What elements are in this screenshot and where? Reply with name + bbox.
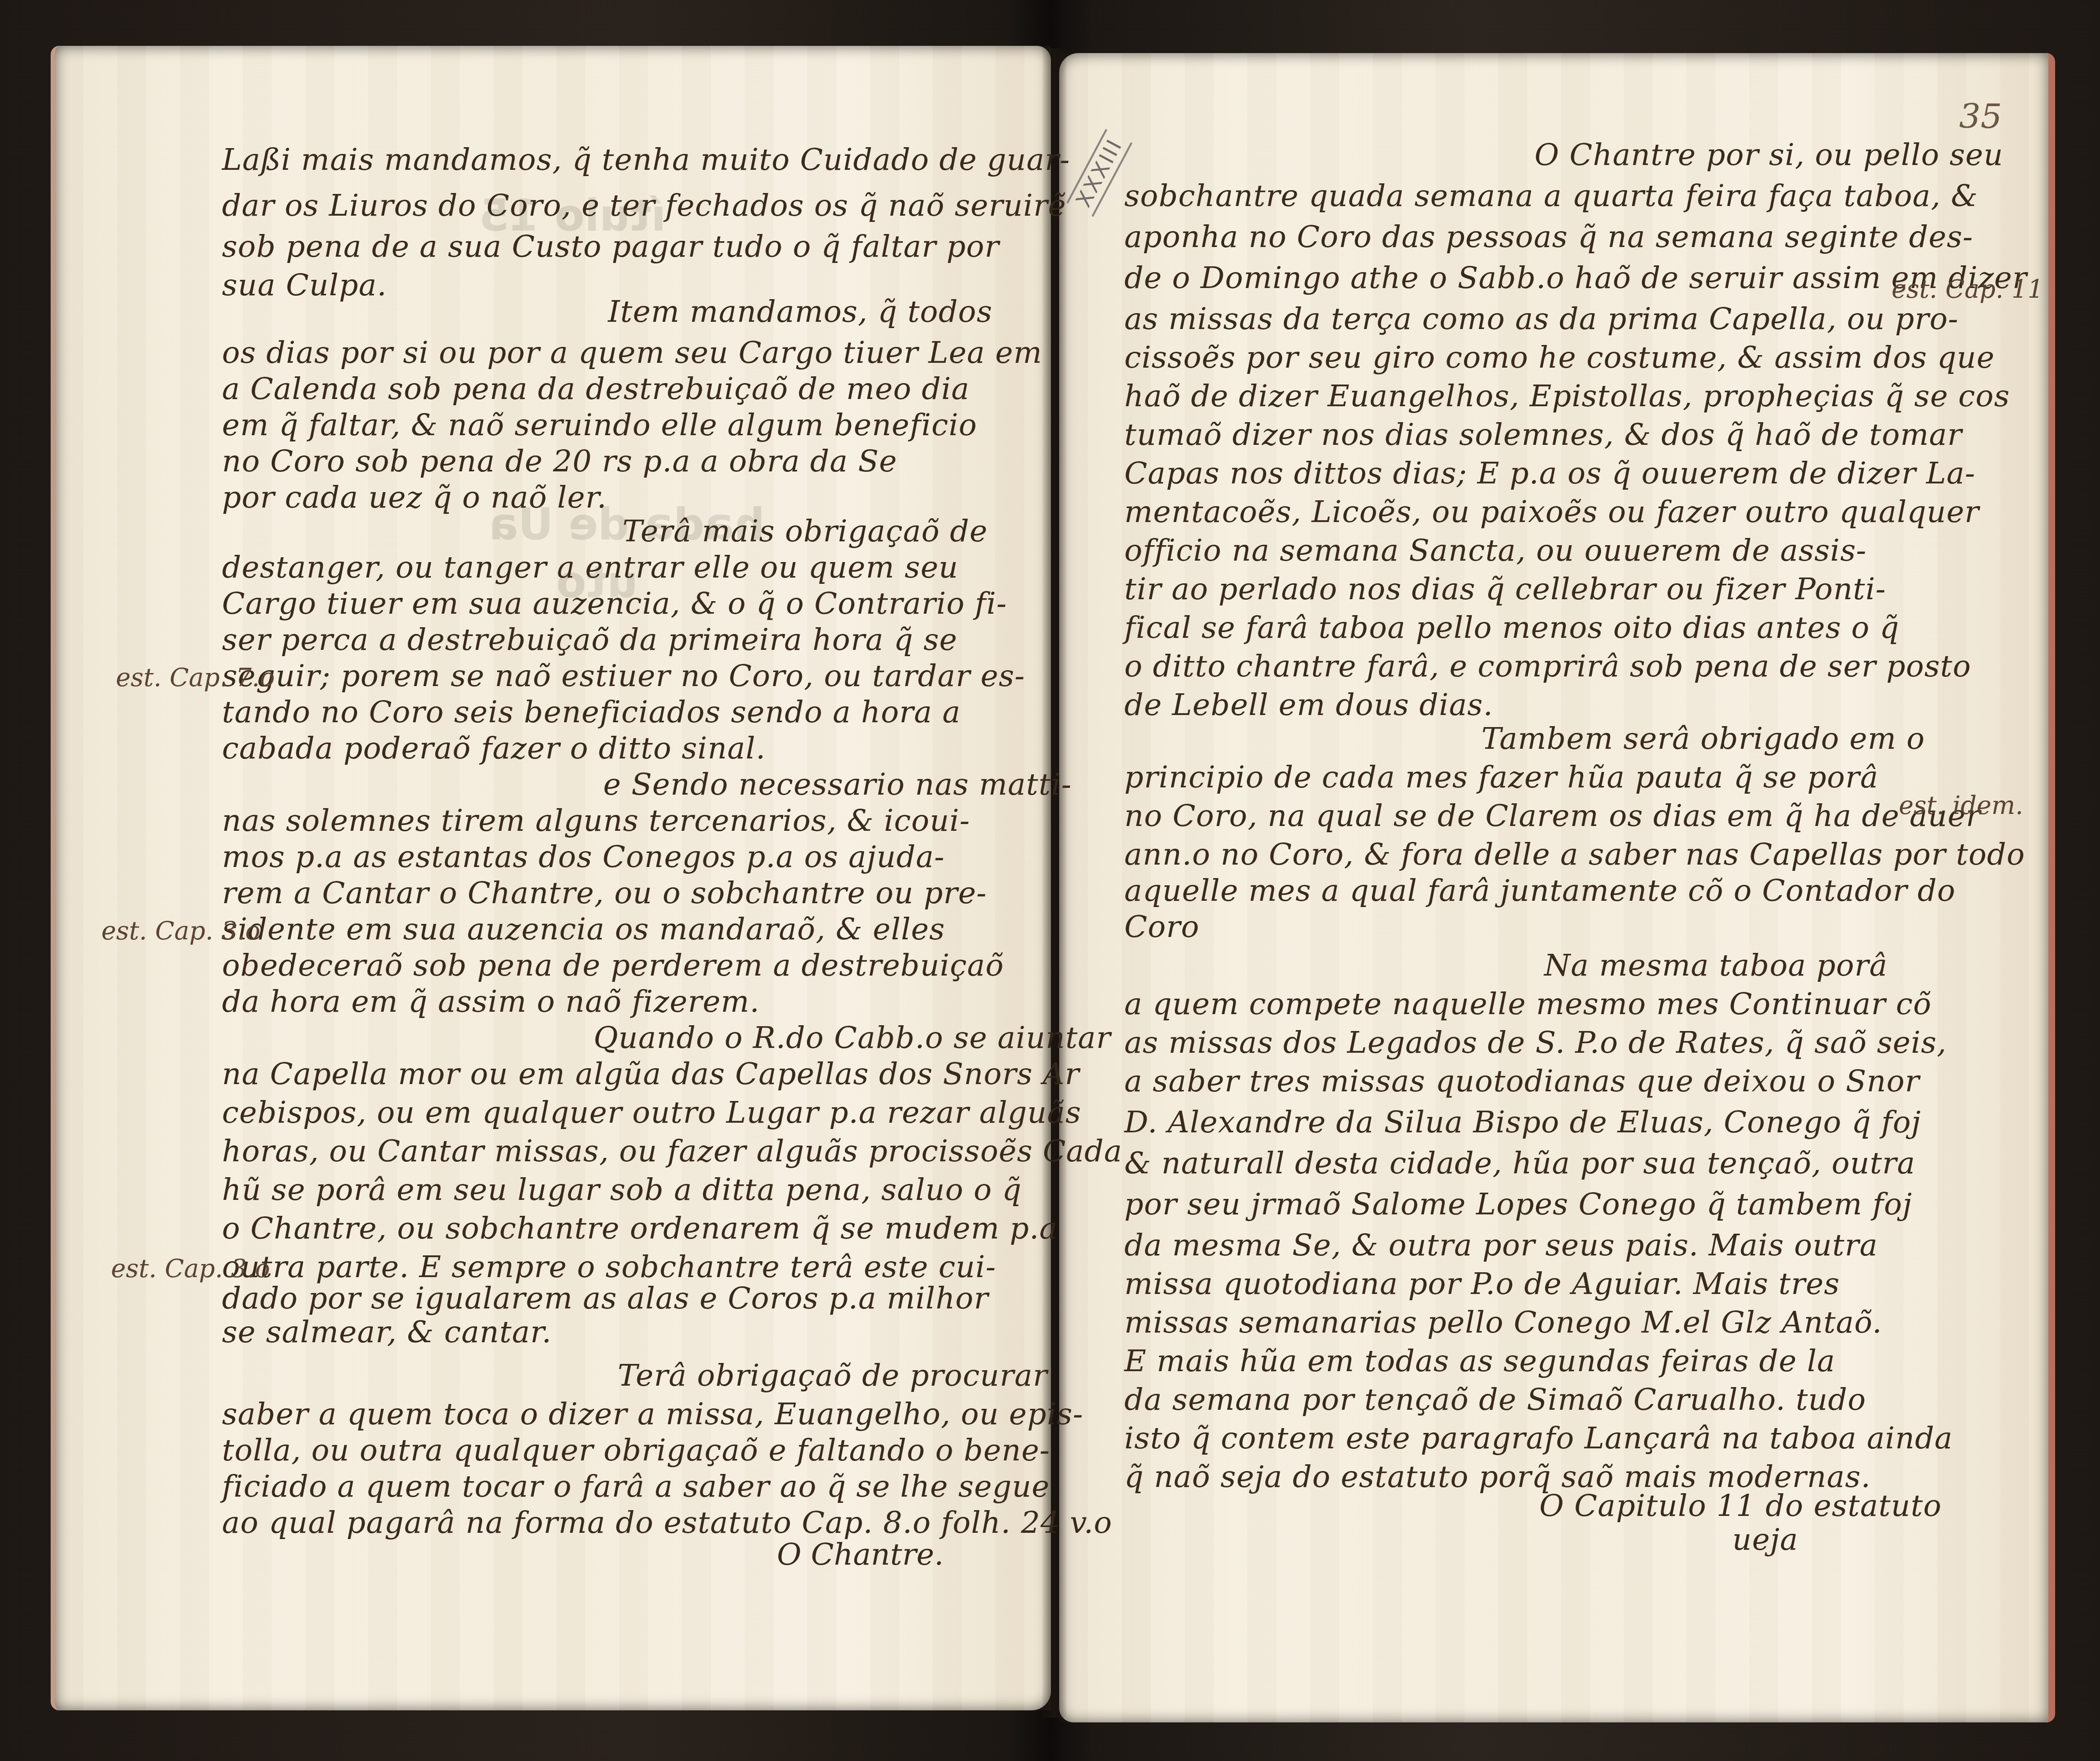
text-line: as missas da terça como as da prima Cape…	[1124, 304, 1959, 334]
text-line: em q̃ faltar, & naõ seruindo elle algum …	[222, 410, 977, 440]
text-line: outra parte. E sempre o sobchantre terâ …	[222, 1252, 996, 1282]
text-line: Quando o R.do Cabb.o se aiuntar	[594, 1023, 1111, 1053]
text-line: Terâ obrigaçaõ de procurar	[618, 1361, 1048, 1390]
margin-note: est. Cap. 3.o	[101, 917, 260, 946]
text-line: a Calenda sob pena da destrebuiçaõ de me…	[222, 374, 969, 404]
text-line: aponha no Coro das pessoas q̃ na semana …	[1124, 222, 1973, 252]
text-line: Laßi mais mandamos, q̃ tenha muito Cuida…	[222, 145, 1070, 175]
text-line: cabada poderaõ fazer o ditto sinal.	[222, 733, 766, 763]
text-line: principio de cada mes fazer hũa pauta q̃…	[1124, 762, 1879, 792]
text-line: tolla, ou outra qualquer obrigaçaõ e fal…	[222, 1435, 1050, 1465]
text-line: fical se farâ taboa pello menos oito dia…	[1124, 613, 1899, 643]
text-line: nas solemnes tirem alguns tercenarios, &…	[222, 806, 970, 836]
text-line: se salmear, & cantar.	[222, 1317, 552, 1347]
text-line: Cargo tiuer em sua auzencia, & o q̃ o Co…	[222, 589, 1007, 619]
text-line: haõ de dizer Euangelhos, Epistollas, pro…	[1124, 381, 2010, 411]
margin-note: est. idem.	[1899, 791, 2023, 820]
text-line: da mesma Se, & outra por seus pais. Mais…	[1124, 1230, 1878, 1260]
text-line: a saber tres missas quotodianas que deix…	[1124, 1066, 1920, 1096]
text-line: os dias por si ou por a quem seu Cargo t…	[222, 338, 1042, 368]
text-line: q̃ naõ seja do estatuto porq̃ saõ mais m…	[1124, 1462, 1871, 1492]
text-line: O Chantre por si, ou pello seu	[1534, 140, 2003, 170]
text-line: missas semanarias pello Conego M.el Glz …	[1124, 1307, 1882, 1337]
text-line: rem a Cantar o Chantre, ou o sobchantre …	[222, 878, 987, 908]
text-line: a quem compete naquelle mesmo mes Contin…	[1124, 989, 1932, 1019]
text-line: isto q̃ contem este paragrafo Lançarâ na…	[1124, 1423, 1953, 1453]
text-line: o ditto chantre farâ, e comprirâ sob pen…	[1124, 651, 1971, 681]
text-line: dado por se igualarem as alas e Coros p.…	[222, 1283, 989, 1313]
text-line: dar os Liuros do Coro, e ter fechados os…	[222, 191, 1066, 220]
text-line: tumaõ dizer nos dias solemnes, & dos q̃ …	[1124, 420, 1962, 450]
text-line: sidente em sua auzencia os mandaraõ, & e…	[222, 914, 945, 944]
text-line: cissoẽs por seu giro como he costume, & …	[1124, 343, 1995, 372]
folio-number: 35	[1959, 96, 2002, 136]
text-line: Na mesma taboa porâ	[1544, 950, 1888, 980]
text-line: sua Culpa.	[222, 270, 387, 300]
text-line: Terâ mais obrigaçaõ de	[622, 516, 988, 546]
margin-note: est. Cap. 11	[1892, 275, 2044, 304]
text-line: no Coro sob pena de 20 rs p.a a obra da …	[222, 446, 897, 476]
text-line: & naturall desta cidade, hũa por sua ten…	[1124, 1148, 1915, 1178]
text-line: O Capitulo 11 do estatuto	[1539, 1491, 1942, 1521]
text-line: destanger, ou tanger a entrar elle ou qu…	[222, 552, 958, 582]
text-line: Item mandamos, q̃ todos	[608, 297, 993, 327]
text-line: aquelle mes a qual farâ juntamente cõ o …	[1124, 876, 1956, 906]
text-line: D. Alexandre da Silua Bispo de Eluas, Co…	[1124, 1107, 1921, 1137]
text-line: seguir; porem se naõ estiuer no Coro, ou…	[222, 661, 1025, 691]
text-line: e Sendo necessario nas matti-	[603, 770, 1072, 799]
text-line: mentacoẽs, Licoẽs, ou paixoẽs ou fazer o…	[1124, 497, 1979, 527]
text-line: ser perca a destrebuiçaõ da primeira hor…	[222, 625, 957, 655]
text-line: ueja	[1732, 1525, 1798, 1555]
text-line: ao qual pagarâ na forma do estatuto Cap.…	[222, 1508, 1112, 1538]
text-line: missa quotodiana por P.o de Aguiar. Mais…	[1124, 1269, 1840, 1299]
text-line: no Coro, na qual se de Clarem os dias em…	[1124, 801, 1981, 831]
text-line: tando no Coro seis beneficiados sendo a …	[222, 697, 961, 727]
text-line: da hora em q̃ assim o naõ fizerem.	[222, 987, 760, 1017]
text-line: horas, ou Cantar missas, ou fazer alguãs…	[222, 1136, 1122, 1166]
text-line: Capas nos dittos dias; E p.a os q̃ ouuer…	[1124, 458, 1976, 488]
text-line: sobchantre quada semana a quarta feira f…	[1124, 181, 1978, 211]
signature: O Chantre.	[777, 1537, 944, 1572]
text-line: Tambem serâ obrigado em o	[1481, 724, 1925, 754]
text-line: saber a quem toca o dizer a missa, Euang…	[222, 1399, 1083, 1429]
text-line: ann.o no Coro, & fora delle a saber nas …	[1124, 839, 2025, 869]
text-line: E mais hũa em todas as segundas feiras d…	[1124, 1346, 1835, 1376]
text-line: Coro	[1124, 912, 1200, 942]
text-line: cebispos, ou em qualquer outro Lugar p.a…	[222, 1098, 1081, 1128]
text-line: hũ se porâ em seu lugar sob a ditta pena…	[222, 1175, 1022, 1205]
text-line: o Chantre, ou sobchantre ordenarem q̃ se…	[222, 1213, 1058, 1243]
book-gutter	[1042, 48, 1066, 1718]
text-line: na Capella mor ou em algũa das Capellas …	[222, 1059, 1079, 1089]
text-line: ficiado a quem tocar o farâ a saber ao q…	[222, 1472, 1050, 1501]
text-line: da semana por tençaõ de Simaõ Carualho. …	[1124, 1385, 1866, 1415]
text-line: mos p.a as estantas dos Conegos p.a os a…	[222, 842, 945, 872]
text-line: sob pena de a sua Custo pagar tudo o q̃ …	[222, 232, 999, 261]
text-line: obedeceraõ sob pena de perderem a destre…	[222, 950, 1004, 980]
text-line: de Lebell em dous dias.	[1124, 690, 1493, 720]
text-line: por seu jrmaõ Salome Lopes Conego q̃ tam…	[1124, 1189, 1912, 1219]
text-line: officio na semana Sancta, ou ouuerem de …	[1124, 536, 1866, 565]
margin-note: est. Cap. 3.o	[111, 1254, 270, 1283]
text-line: tir ao perlado nos dias q̃ cellebrar ou …	[1124, 574, 1886, 604]
margin-note: est. Cap. 7.o	[116, 663, 275, 692]
text-line: por cada uez q̃ o naõ ler.	[222, 482, 607, 512]
text-line: as missas dos Legados de S. P.o de Rates…	[1124, 1028, 1947, 1058]
